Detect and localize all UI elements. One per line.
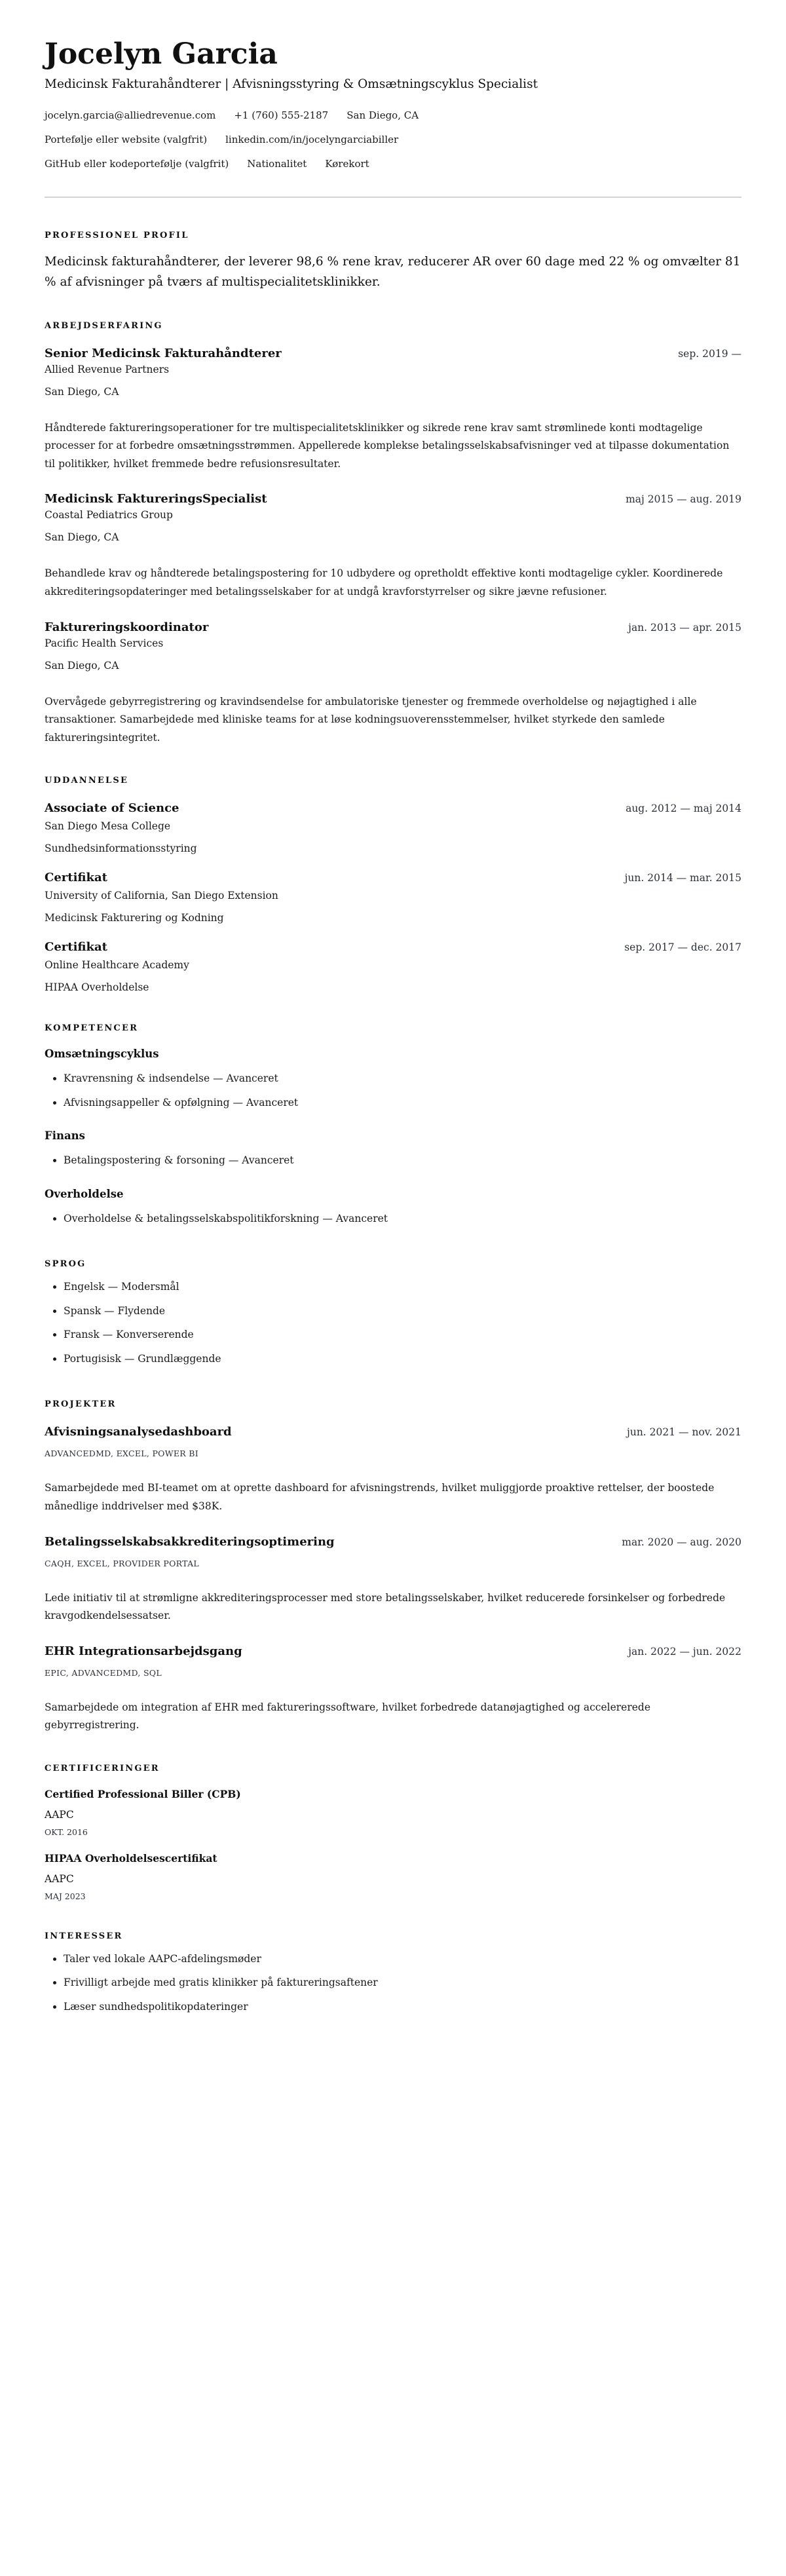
interest-item: Taler ved lokale AAPC-afdelingsmøder <box>64 1947 741 1971</box>
job-dates: sep. 2019 — <box>678 348 741 360</box>
project-tech-stack: CAQH, Excel, Provider Portal <box>45 1558 741 1570</box>
certification-name: HIPAA Overholdelsescertifikat <box>45 1851 741 1866</box>
project-dates: jun. 2021 — nov. 2021 <box>627 1426 741 1438</box>
certification-issuer: AAPC <box>45 1872 741 1885</box>
entry-header: Certifikatjun. 2014 — mar. 2015 <box>45 870 741 886</box>
section-title-profile: Professionel profil <box>45 231 741 241</box>
contact-row-2: Portefølje eller website (valgfrit)linke… <box>45 133 741 146</box>
skill-item: Afvisningsappeller & opfølgning — Avance… <box>64 1091 741 1115</box>
job-location: San Diego, CA <box>45 529 741 545</box>
entry-header: Medicinsk FaktureringsSpecialistmaj 2015… <box>45 491 741 507</box>
section-title-experience: Arbejdserfaring <box>45 321 741 331</box>
resume-header: Jocelyn Garcia Medicinsk Fakturahåndtere… <box>45 38 741 170</box>
entry-header: Certifikatsep. 2017 — dec. 2017 <box>45 939 741 955</box>
language-item: Spansk — Flydende <box>64 1299 741 1323</box>
project-description: Samarbejdede med BI-teamet om at oprette… <box>45 1479 741 1515</box>
skill-group-title: Omsætningscyklus <box>45 1047 741 1061</box>
project-dates: jan. 2022 — jun. 2022 <box>628 1646 741 1657</box>
project-title: Afvisningsanalysedashboard <box>45 1424 232 1440</box>
profile-text: Medicinsk fakturahåndterer, der leverer … <box>45 252 741 292</box>
entry-header: Betalingsselskabsakkrediteringsoptimerin… <box>45 1534 741 1550</box>
contact-email[interactable]: jocelyn.garcia@alliedrevenue.com <box>45 109 215 121</box>
school-name: Online Healthcare Academy <box>45 958 741 972</box>
candidate-name: Jocelyn Garcia <box>45 38 741 71</box>
job-title: Faktureringskoordinator <box>45 620 208 635</box>
company-name: Allied Revenue Partners <box>45 362 741 377</box>
skill-item: Kravrensning & indsendelse — Avanceret <box>64 1067 741 1091</box>
certification-date: okt. 2016 <box>45 1827 741 1838</box>
degree: Certifikat <box>45 939 107 955</box>
project-entry: EHR Integrationsarbejdsgangjan. 2022 — j… <box>45 1644 741 1735</box>
school-name: University of California, San Diego Exte… <box>45 888 741 903</box>
school-name: San Diego Mesa College <box>45 819 741 833</box>
skill-group-title: Overholdelse <box>45 1187 741 1202</box>
languages-list: Engelsk — ModersmålSpansk — FlydendeFran… <box>45 1275 741 1371</box>
skill-list: Kravrensning & indsendelse — AvanceretAf… <box>45 1067 741 1114</box>
contact-github[interactable]: GitHub eller kodeportefølje (valgfrit) <box>45 158 229 170</box>
languages-section: Sprog Engelsk — ModersmålSpansk — Flyden… <box>45 1259 741 1371</box>
interest-item: Frivilligt arbejde med gratis klinikker … <box>64 1971 741 1995</box>
experience-entry: Faktureringskoordinatorjan. 2013 — apr. … <box>45 620 741 748</box>
certification-date: maj 2023 <box>45 1891 741 1903</box>
project-entry: Betalingsselskabsakkrediteringsoptimerin… <box>45 1534 741 1625</box>
education-dates: jun. 2014 — mar. 2015 <box>625 872 741 884</box>
skill-list: Betalingspostering & forsoning — Avancer… <box>45 1148 741 1173</box>
field-of-study: Sundhedsinformationsstyring <box>45 841 741 856</box>
certification-name: Certified Professional Biller (CPB) <box>45 1787 741 1802</box>
job-description: Behandlede krav og håndterede betalingsp… <box>45 565 741 601</box>
skill-group-title: Finans <box>45 1129 741 1143</box>
education-section: Uddannelse Associate of Scienceaug. 2012… <box>45 776 741 994</box>
project-description: Samarbejdede om integration af EHR med f… <box>45 1699 741 1735</box>
certification-issuer: AAPC <box>45 1808 741 1821</box>
experience-entry: Senior Medicinsk Fakturahåndterersep. 20… <box>45 346 741 474</box>
section-title-languages: Sprog <box>45 1259 741 1270</box>
certification-entry: HIPAA OverholdelsescertifikatAAPCmaj 202… <box>45 1851 741 1903</box>
interest-item: Læser sundhedspolitikopdateringer <box>64 1995 741 2019</box>
contact-linkedin[interactable]: linkedin.com/in/jocelyngarciabiller <box>225 134 398 145</box>
language-item: Fransk — Konverserende <box>64 1323 741 1347</box>
project-title: EHR Integrationsarbejdsgang <box>45 1644 242 1659</box>
profile-section: Professionel profil Medicinsk fakturahån… <box>45 231 741 292</box>
entry-header: Faktureringskoordinatorjan. 2013 — apr. … <box>45 620 741 635</box>
project-title: Betalingsselskabsakkrediteringsoptimerin… <box>45 1534 335 1550</box>
job-dates: jan. 2013 — apr. 2015 <box>628 622 741 634</box>
language-item: Engelsk — Modersmål <box>64 1275 741 1299</box>
entry-header: Associate of Scienceaug. 2012 — maj 2014 <box>45 801 741 816</box>
language-item: Portugisisk — Grundlæggende <box>64 1347 741 1371</box>
header-divider <box>45 197 741 198</box>
company-name: Coastal Pediatrics Group <box>45 507 741 523</box>
contact-nationality: Nationalitet <box>247 158 307 170</box>
job-description: Overvågede gebyrregistrering og kravinds… <box>45 693 741 748</box>
education-entry: Associate of Scienceaug. 2012 — maj 2014… <box>45 801 741 856</box>
job-dates: maj 2015 — aug. 2019 <box>626 493 741 505</box>
project-tech-stack: AdvancedMD, Excel, Power BI <box>45 1448 741 1460</box>
contact-phone[interactable]: +1 (760) 555-2187 <box>234 109 328 121</box>
project-entry: Afvisningsanalysedashboardjun. 2021 — no… <box>45 1424 741 1515</box>
education-entry: Certifikatjun. 2014 — mar. 2015Universit… <box>45 870 741 925</box>
skill-item: Betalingspostering & forsoning — Avancer… <box>64 1148 741 1173</box>
education-entry: Certifikatsep. 2017 — dec. 2017Online He… <box>45 939 741 994</box>
project-tech-stack: Epic, AdvancedMD, SQL <box>45 1667 741 1679</box>
projects-section: Projekter Afvisningsanalysedashboardjun.… <box>45 1399 741 1735</box>
job-location: San Diego, CA <box>45 658 741 673</box>
section-title-skills: Kompetencer <box>45 1023 741 1034</box>
contact-row-1: jocelyn.garcia@alliedrevenue.com+1 (760)… <box>45 109 741 122</box>
contact-drivers-license: Kørekort <box>325 158 369 170</box>
interests-list: Taler ved lokale AAPC-afdelingsmøderFriv… <box>45 1947 741 2019</box>
resume-page: Jocelyn Garcia Medicinsk Fakturahåndtere… <box>0 0 786 2058</box>
certification-entry: Certified Professional Biller (CPB)AAPCo… <box>45 1787 741 1838</box>
skill-item: Overholdelse & betalingsselskabspolitikf… <box>64 1207 741 1231</box>
section-title-education: Uddannelse <box>45 776 741 786</box>
certifications-section: Certificeringer Certified Professional B… <box>45 1764 741 1903</box>
section-title-projects: Projekter <box>45 1399 741 1410</box>
section-title-certifications: Certificeringer <box>45 1764 741 1774</box>
company-name: Pacific Health Services <box>45 635 741 651</box>
job-location: San Diego, CA <box>45 384 741 400</box>
job-title: Medicinsk FaktureringsSpecialist <box>45 491 267 507</box>
field-of-study: Medicinsk Fakturering og Kodning <box>45 911 741 925</box>
contact-row-3: GitHub eller kodeportefølje (valgfrit)Na… <box>45 157 741 170</box>
interests-section: Interesser Taler ved lokale AAPC-afdelin… <box>45 1931 741 2019</box>
education-dates: sep. 2017 — dec. 2017 <box>624 941 741 953</box>
entry-header: EHR Integrationsarbejdsgangjan. 2022 — j… <box>45 1644 741 1659</box>
contact-portfolio[interactable]: Portefølje eller website (valgfrit) <box>45 134 207 145</box>
experience-section: Arbejdserfaring Senior Medicinsk Faktura… <box>45 321 741 748</box>
skill-list: Overholdelse & betalingsselskabspolitikf… <box>45 1207 741 1231</box>
skills-section: Kompetencer OmsætningscyklusKravrensning… <box>45 1023 741 1230</box>
project-dates: mar. 2020 — aug. 2020 <box>622 1536 741 1548</box>
experience-entry: Medicinsk FaktureringsSpecialistmaj 2015… <box>45 491 741 601</box>
job-description: Håndterede faktureringsoperationer for t… <box>45 419 741 474</box>
job-title: Senior Medicinsk Fakturahåndterer <box>45 346 282 362</box>
entry-header: Senior Medicinsk Fakturahåndterersep. 20… <box>45 346 741 362</box>
degree: Associate of Science <box>45 801 179 816</box>
entry-header: Afvisningsanalysedashboardjun. 2021 — no… <box>45 1424 741 1440</box>
project-description: Lede initiativ til at strømligne akkredi… <box>45 1589 741 1625</box>
contact-location: San Diego, CA <box>346 109 419 121</box>
section-title-interests: Interesser <box>45 1931 741 1942</box>
degree: Certifikat <box>45 870 107 886</box>
field-of-study: HIPAA Overholdelse <box>45 980 741 994</box>
education-dates: aug. 2012 — maj 2014 <box>626 803 741 814</box>
candidate-headline: Medicinsk Fakturahåndterer | Afvisningss… <box>45 77 741 92</box>
